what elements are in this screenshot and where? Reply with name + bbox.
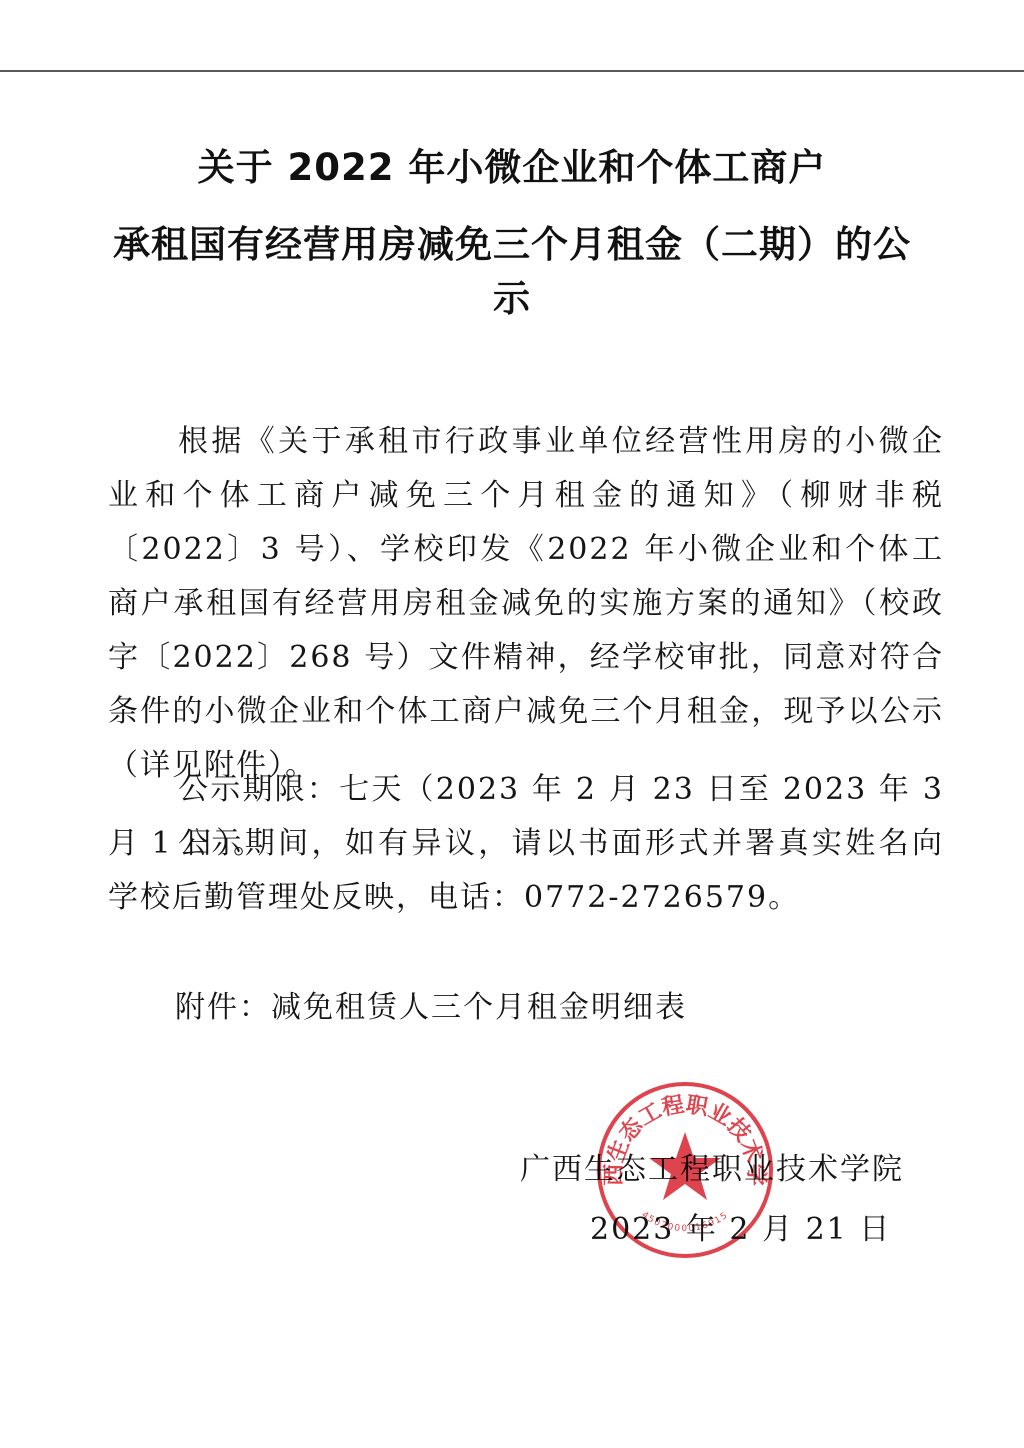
- attachment-note: 附件：减免租赁人三个月租金明细表: [175, 981, 1011, 1035]
- document-title-line-2: 承租国有经营用房减免三个月租金（二期）的公: [0, 214, 1024, 268]
- svg-text:4502000016915: 4502000016915: [640, 1210, 731, 1234]
- seal-star-icon: [649, 1132, 721, 1200]
- paragraph-objection: 公示期间，如有异议，请以书面形式并署真实姓名向学校后勤管理处反映，电话：0772…: [108, 817, 944, 925]
- document-title-line-3: 示: [0, 268, 1024, 322]
- paragraph-basis: 根据《关于承租市行政事业单位经营性用房的小微企业和个体工商户减免三个月租金的通知…: [108, 415, 944, 793]
- seal-serial: 4502000016915: [640, 1210, 731, 1234]
- official-seal-icon: 广西生态工程职业技术学院 4502000016915: [595, 1080, 775, 1260]
- document-title-line-1: 关于 2022 年小微企业和个体工商户: [0, 137, 1024, 191]
- header-rule: [0, 70, 1024, 72]
